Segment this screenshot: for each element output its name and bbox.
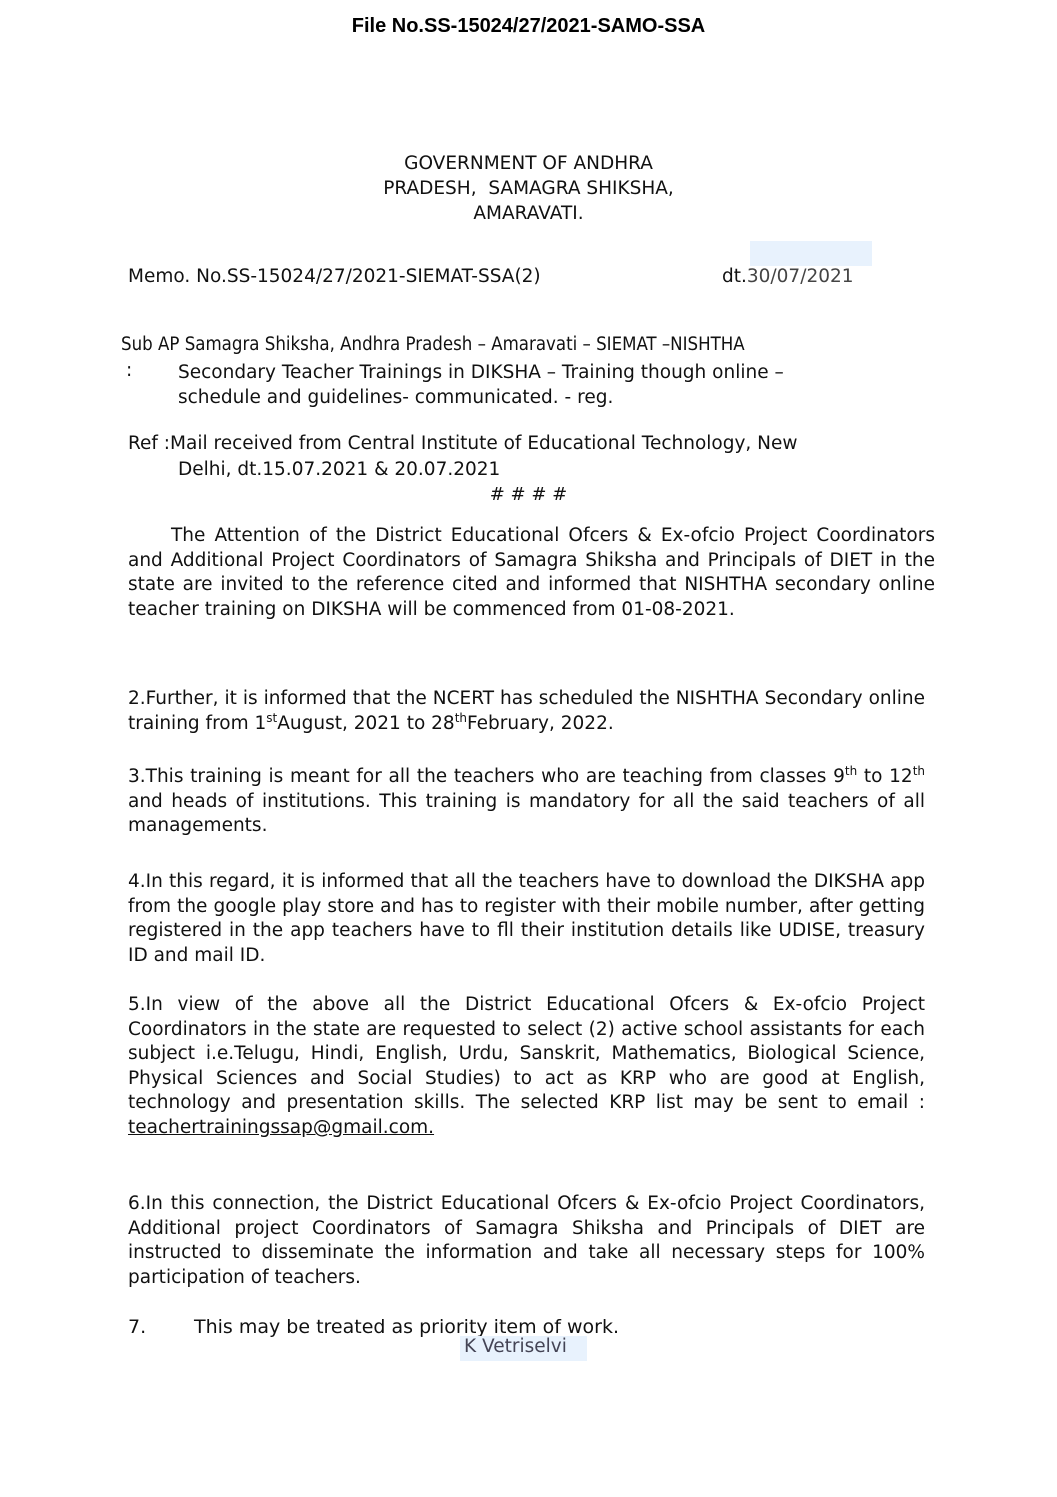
signature-name: K Vetriselvi	[464, 1336, 567, 1357]
memo-date-value: 30/07/2021	[747, 266, 854, 287]
reference-text-1: Mail received from Central Institute of …	[170, 433, 797, 454]
letterhead-line-1: GOVERNMENT OF ANDHRA	[0, 151, 1057, 176]
paragraph-3-text-b: to 12	[857, 766, 913, 787]
file-number: File No.SS-15024/27/2021-SAMO-SSA	[0, 15, 1057, 38]
paragraph-2: 2.Further, it is informed that the NCERT…	[128, 687, 925, 736]
reference-label: Ref :	[128, 433, 170, 454]
reference-line-1: Ref :Mail received from Central Institut…	[128, 433, 798, 454]
paragraph-2-text-c: February, 2022.	[467, 713, 614, 734]
letterhead-line-3: AMARAVATI.	[0, 201, 1057, 226]
paragraph-7-text: This may be treated as priority item of …	[194, 1316, 619, 1338]
paragraph-3-text-c: and heads of institutions. This training…	[128, 791, 925, 837]
separator: # # # #	[0, 484, 1057, 505]
email-link[interactable]: teachertrainingssap@gmail.com.	[128, 1117, 434, 1138]
subject-text-3: schedule and guidelines- communicated. -…	[178, 385, 784, 410]
subject-continuation: Secondary Teacher Trainings in DIKSHA – …	[178, 360, 784, 410]
paragraph-3-text-a: 3.This training is meant for all the tea…	[128, 766, 845, 787]
superscript: th	[455, 711, 467, 725]
subject-line-1: Sub AP Samagra Shiksha, Andhra Pradesh –…	[121, 334, 745, 355]
superscript: th	[845, 764, 857, 778]
memo-date-prefix: dt.	[722, 266, 747, 287]
paragraph-2-text-b: August, 2021 to 28	[277, 713, 454, 734]
memo-number: Memo. No.SS-15024/27/2021-SIEMAT-SSA(2)	[128, 266, 541, 287]
memo-date: dt.30/07/2021	[722, 266, 854, 287]
paragraph-1: The Attention of the District Educationa…	[128, 524, 935, 622]
reference-text-2: Delhi, dt.15.07.2021 & 20.07.2021	[178, 459, 500, 480]
subject-text-1: AP Samagra Shiksha, Andhra Pradesh – Ama…	[158, 334, 745, 355]
date-highlight	[750, 241, 872, 266]
paragraph-3: 3.This training is meant for all the tea…	[128, 765, 925, 839]
subject-text-2: Secondary Teacher Trainings in DIKSHA – …	[178, 360, 784, 385]
letterhead: GOVERNMENT OF ANDHRA PRADESH, SAMAGRA SH…	[0, 151, 1057, 226]
subject-colon: :	[126, 360, 132, 381]
paragraph-5: 5.In view of the above all the District …	[128, 993, 925, 1141]
superscript: th	[913, 764, 925, 778]
letterhead-line-2: PRADESH, SAMAGRA SHIKSHA,	[0, 176, 1057, 201]
paragraph-7-number: 7.	[128, 1316, 146, 1338]
superscript: st	[266, 711, 277, 725]
paragraph-4: 4.In this regard, it is informed that al…	[128, 870, 925, 968]
subject-label: Sub	[121, 334, 153, 355]
paragraph-6: 6.In this connection, the District Educa…	[128, 1192, 925, 1290]
paragraph-5-text: 5.In view of the above all the District …	[128, 994, 925, 1113]
